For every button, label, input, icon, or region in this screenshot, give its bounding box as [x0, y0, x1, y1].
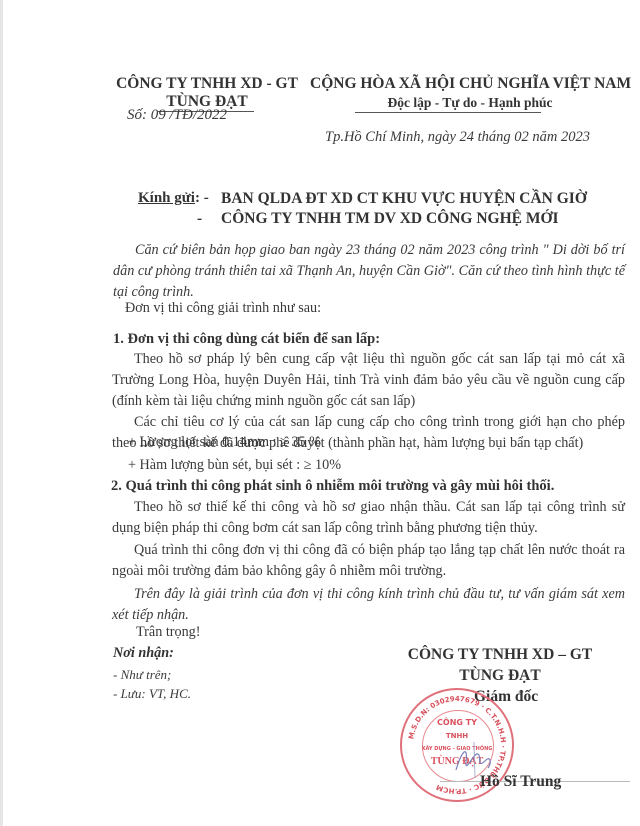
section2-p1-text: Theo hồ sơ thiế kế thi công và hồ sơ gia… [112, 499, 625, 536]
recipients-block: Kính gửi: - [138, 190, 209, 207]
section1-p1: Theo hồ sơ pháp lý bên cung cấp vật liệu… [112, 349, 625, 412]
recipients-colon: : - [195, 190, 209, 206]
stamp-line2: TNHH [402, 732, 512, 740]
motto: Độc lập - Tự do - Hạnh phúc [310, 95, 630, 111]
recipients-label: Kính gửi [138, 190, 195, 206]
lead-text: Đơn vị thi công giải trình như sau: [125, 300, 321, 317]
section1-p1-text: Theo hồ sơ pháp lý bên cung cấp vật liệu… [112, 351, 625, 409]
recipients-footer-2: - Lưu: VT, HC. [113, 686, 191, 702]
section2-p1: Theo hồ sơ thiế kế thi công và hồ sơ gia… [112, 497, 625, 539]
intro-paragraph: Căn cứ biên bản họp giao ban ngày 23 thá… [113, 240, 625, 303]
bullet-2: + Hàm lượng bùn sét, bụi sét : ≥ 10% [128, 457, 341, 474]
intro-text: Căn cứ biên bản họp giao ban ngày 23 thá… [113, 242, 625, 300]
recipient-1: BAN QLDA ĐT XD CT KHU VỰC HUYỆN CẦN GIỜ [221, 190, 587, 208]
recipient-2-dash: - [197, 210, 202, 228]
section2-p2: Quá trình thi công đơn vị thi công đã có… [112, 540, 625, 582]
regards: Trân trọng! [136, 624, 201, 641]
place-date: Tp.Hồ Chí Minh, ngày 24 tháng 02 năm 202… [325, 129, 590, 146]
recipients-footer-1: - Như trên; [113, 667, 171, 683]
section2-p2-text: Quá trình thi công đơn vị thi công đã có… [112, 542, 625, 579]
recipient-2: CÔNG TY TNHH TM DV XD CÔNG NGHỆ MỚI [221, 210, 559, 228]
signer-name: Hồ Sĩ Trung [480, 773, 561, 791]
section1-title: 1. Đơn vị thi công dùng cát biển để san … [113, 331, 380, 348]
footer-company-line1: CÔNG TY TNHH XD – GT [400, 646, 600, 664]
header-company-line1: CÔNG TY TNHH XD - GT [112, 75, 302, 93]
recipients-footer-label: Nơi nhận: [113, 645, 174, 662]
section2-title: 2. Quá trình thi công phát sinh ô nhiễm … [111, 478, 554, 495]
stamp-line1: CÔNG TY [402, 718, 512, 727]
closing-paragraph: Trên đây là giải trình của đơn vị thi cô… [112, 584, 625, 626]
closing-text: Trên đây là giải trình của đơn vị thi cô… [112, 586, 625, 623]
page-edge [0, 0, 3, 826]
motto-rule [355, 112, 541, 113]
republic-title: CỘNG HÒA XÃ HỘI CHỦ NGHĨA VIỆT NAM [310, 75, 630, 93]
bullet-1: + Lượng lọt sàn 0.14mm : ≥ 35 % [128, 434, 321, 451]
doc-number: Số: 09 /TĐ/2022 [127, 107, 227, 124]
footer-company-line2: TÙNG ĐẠT [400, 667, 600, 685]
